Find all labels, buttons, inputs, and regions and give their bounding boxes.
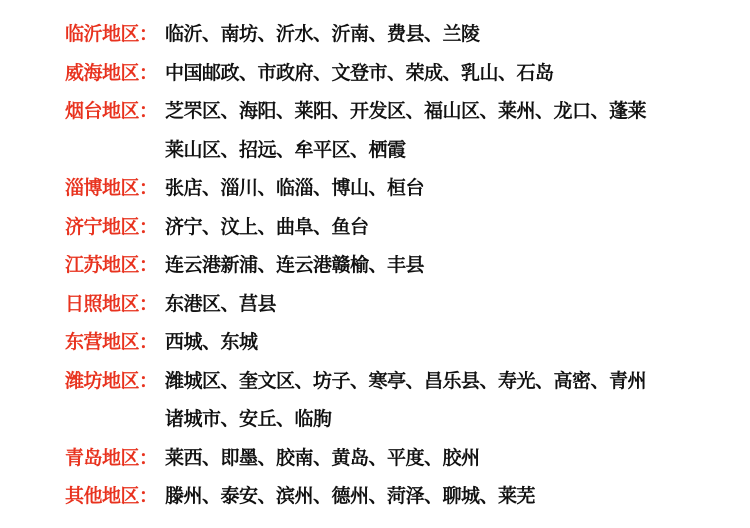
region-areas-line: 临沂、南坊、沂水、沂南、费县、兰陵 bbox=[165, 15, 745, 54]
region-label: 济宁地区： bbox=[65, 208, 165, 247]
region-row-other: 其他地区： 滕州、泰安、滨州、德州、菏泽、聊城、莱芜 bbox=[65, 477, 745, 516]
region-label: 烟台地区： bbox=[65, 92, 165, 131]
region-areas: 济宁、汶上、曲阜、鱼台 bbox=[165, 208, 745, 247]
region-areas-line: 西城、东城 bbox=[165, 323, 745, 362]
region-areas-line: 连云港新浦、连云港赣榆、丰县 bbox=[165, 246, 745, 285]
region-areas-line: 潍城区、奎文区、坊子、寒亭、昌乐县、寿光、高密、青州 bbox=[165, 362, 745, 401]
region-row-jiangsu: 江苏地区： 连云港新浦、连云港赣榆、丰县 bbox=[65, 246, 745, 285]
region-row-weihai: 威海地区： 中国邮政、市政府、文登市、荣成、乳山、石岛 bbox=[65, 54, 745, 93]
region-row-yantai: 烟台地区： 芝罘区、海阳、莱阳、开发区、福山区、莱州、龙口、蓬莱 莱山区、招远、… bbox=[65, 92, 745, 169]
region-row-qingdao: 青岛地区： 莱西、即墨、胶南、黄岛、平度、胶州 bbox=[65, 439, 745, 478]
region-areas-line: 济宁、汶上、曲阜、鱼台 bbox=[165, 208, 745, 247]
region-areas-line: 滕州、泰安、滨州、德州、菏泽、聊城、莱芜 bbox=[165, 477, 745, 516]
region-areas-line: 张店、淄川、临淄、博山、桓台 bbox=[165, 169, 745, 208]
region-areas-line: 莱山区、招远、牟平区、栖霞 bbox=[165, 131, 745, 170]
region-areas: 东港区、莒县 bbox=[165, 285, 745, 324]
region-areas: 中国邮政、市政府、文登市、荣成、乳山、石岛 bbox=[165, 54, 745, 93]
region-areas-line: 芝罘区、海阳、莱阳、开发区、福山区、莱州、龙口、蓬莱 bbox=[165, 92, 745, 131]
region-areas: 芝罘区、海阳、莱阳、开发区、福山区、莱州、龙口、蓬莱 莱山区、招远、牟平区、栖霞 bbox=[165, 92, 745, 169]
region-row-linyi: 临沂地区： 临沂、南坊、沂水、沂南、费县、兰陵 bbox=[65, 15, 745, 54]
region-row-dongying: 东营地区： 西城、东城 bbox=[65, 323, 745, 362]
region-row-rizhao: 日照地区： 东港区、莒县 bbox=[65, 285, 745, 324]
region-row-jining: 济宁地区： 济宁、汶上、曲阜、鱼台 bbox=[65, 208, 745, 247]
region-areas-line: 诸城市、安丘、临朐 bbox=[165, 400, 745, 439]
region-label: 潍坊地区： bbox=[65, 362, 165, 401]
region-areas-line: 东港区、莒县 bbox=[165, 285, 745, 324]
region-label: 青岛地区： bbox=[65, 439, 165, 478]
region-label: 江苏地区： bbox=[65, 246, 165, 285]
region-areas-line: 莱西、即墨、胶南、黄岛、平度、胶州 bbox=[165, 439, 745, 478]
region-areas: 临沂、南坊、沂水、沂南、费县、兰陵 bbox=[165, 15, 745, 54]
region-row-weifang: 潍坊地区： 潍城区、奎文区、坊子、寒亭、昌乐县、寿光、高密、青州 诸城市、安丘、… bbox=[65, 362, 745, 439]
region-label: 临沂地区： bbox=[65, 15, 165, 54]
region-label: 东营地区： bbox=[65, 323, 165, 362]
region-areas: 滕州、泰安、滨州、德州、菏泽、聊城、莱芜 bbox=[165, 477, 745, 516]
region-label: 威海地区： bbox=[65, 54, 165, 93]
region-areas: 潍城区、奎文区、坊子、寒亭、昌乐县、寿光、高密、青州 诸城市、安丘、临朐 bbox=[165, 362, 745, 439]
region-areas: 张店、淄川、临淄、博山、桓台 bbox=[165, 169, 745, 208]
region-list: 临沂地区： 临沂、南坊、沂水、沂南、费县、兰陵 威海地区： 中国邮政、市政府、文… bbox=[65, 15, 745, 516]
region-label: 淄博地区： bbox=[65, 169, 165, 208]
region-row-zibo: 淄博地区： 张店、淄川、临淄、博山、桓台 bbox=[65, 169, 745, 208]
region-label: 日照地区： bbox=[65, 285, 165, 324]
region-label: 其他地区： bbox=[65, 477, 165, 516]
region-areas: 莱西、即墨、胶南、黄岛、平度、胶州 bbox=[165, 439, 745, 478]
region-areas: 西城、东城 bbox=[165, 323, 745, 362]
region-areas-line: 中国邮政、市政府、文登市、荣成、乳山、石岛 bbox=[165, 54, 745, 93]
region-areas: 连云港新浦、连云港赣榆、丰县 bbox=[165, 246, 745, 285]
